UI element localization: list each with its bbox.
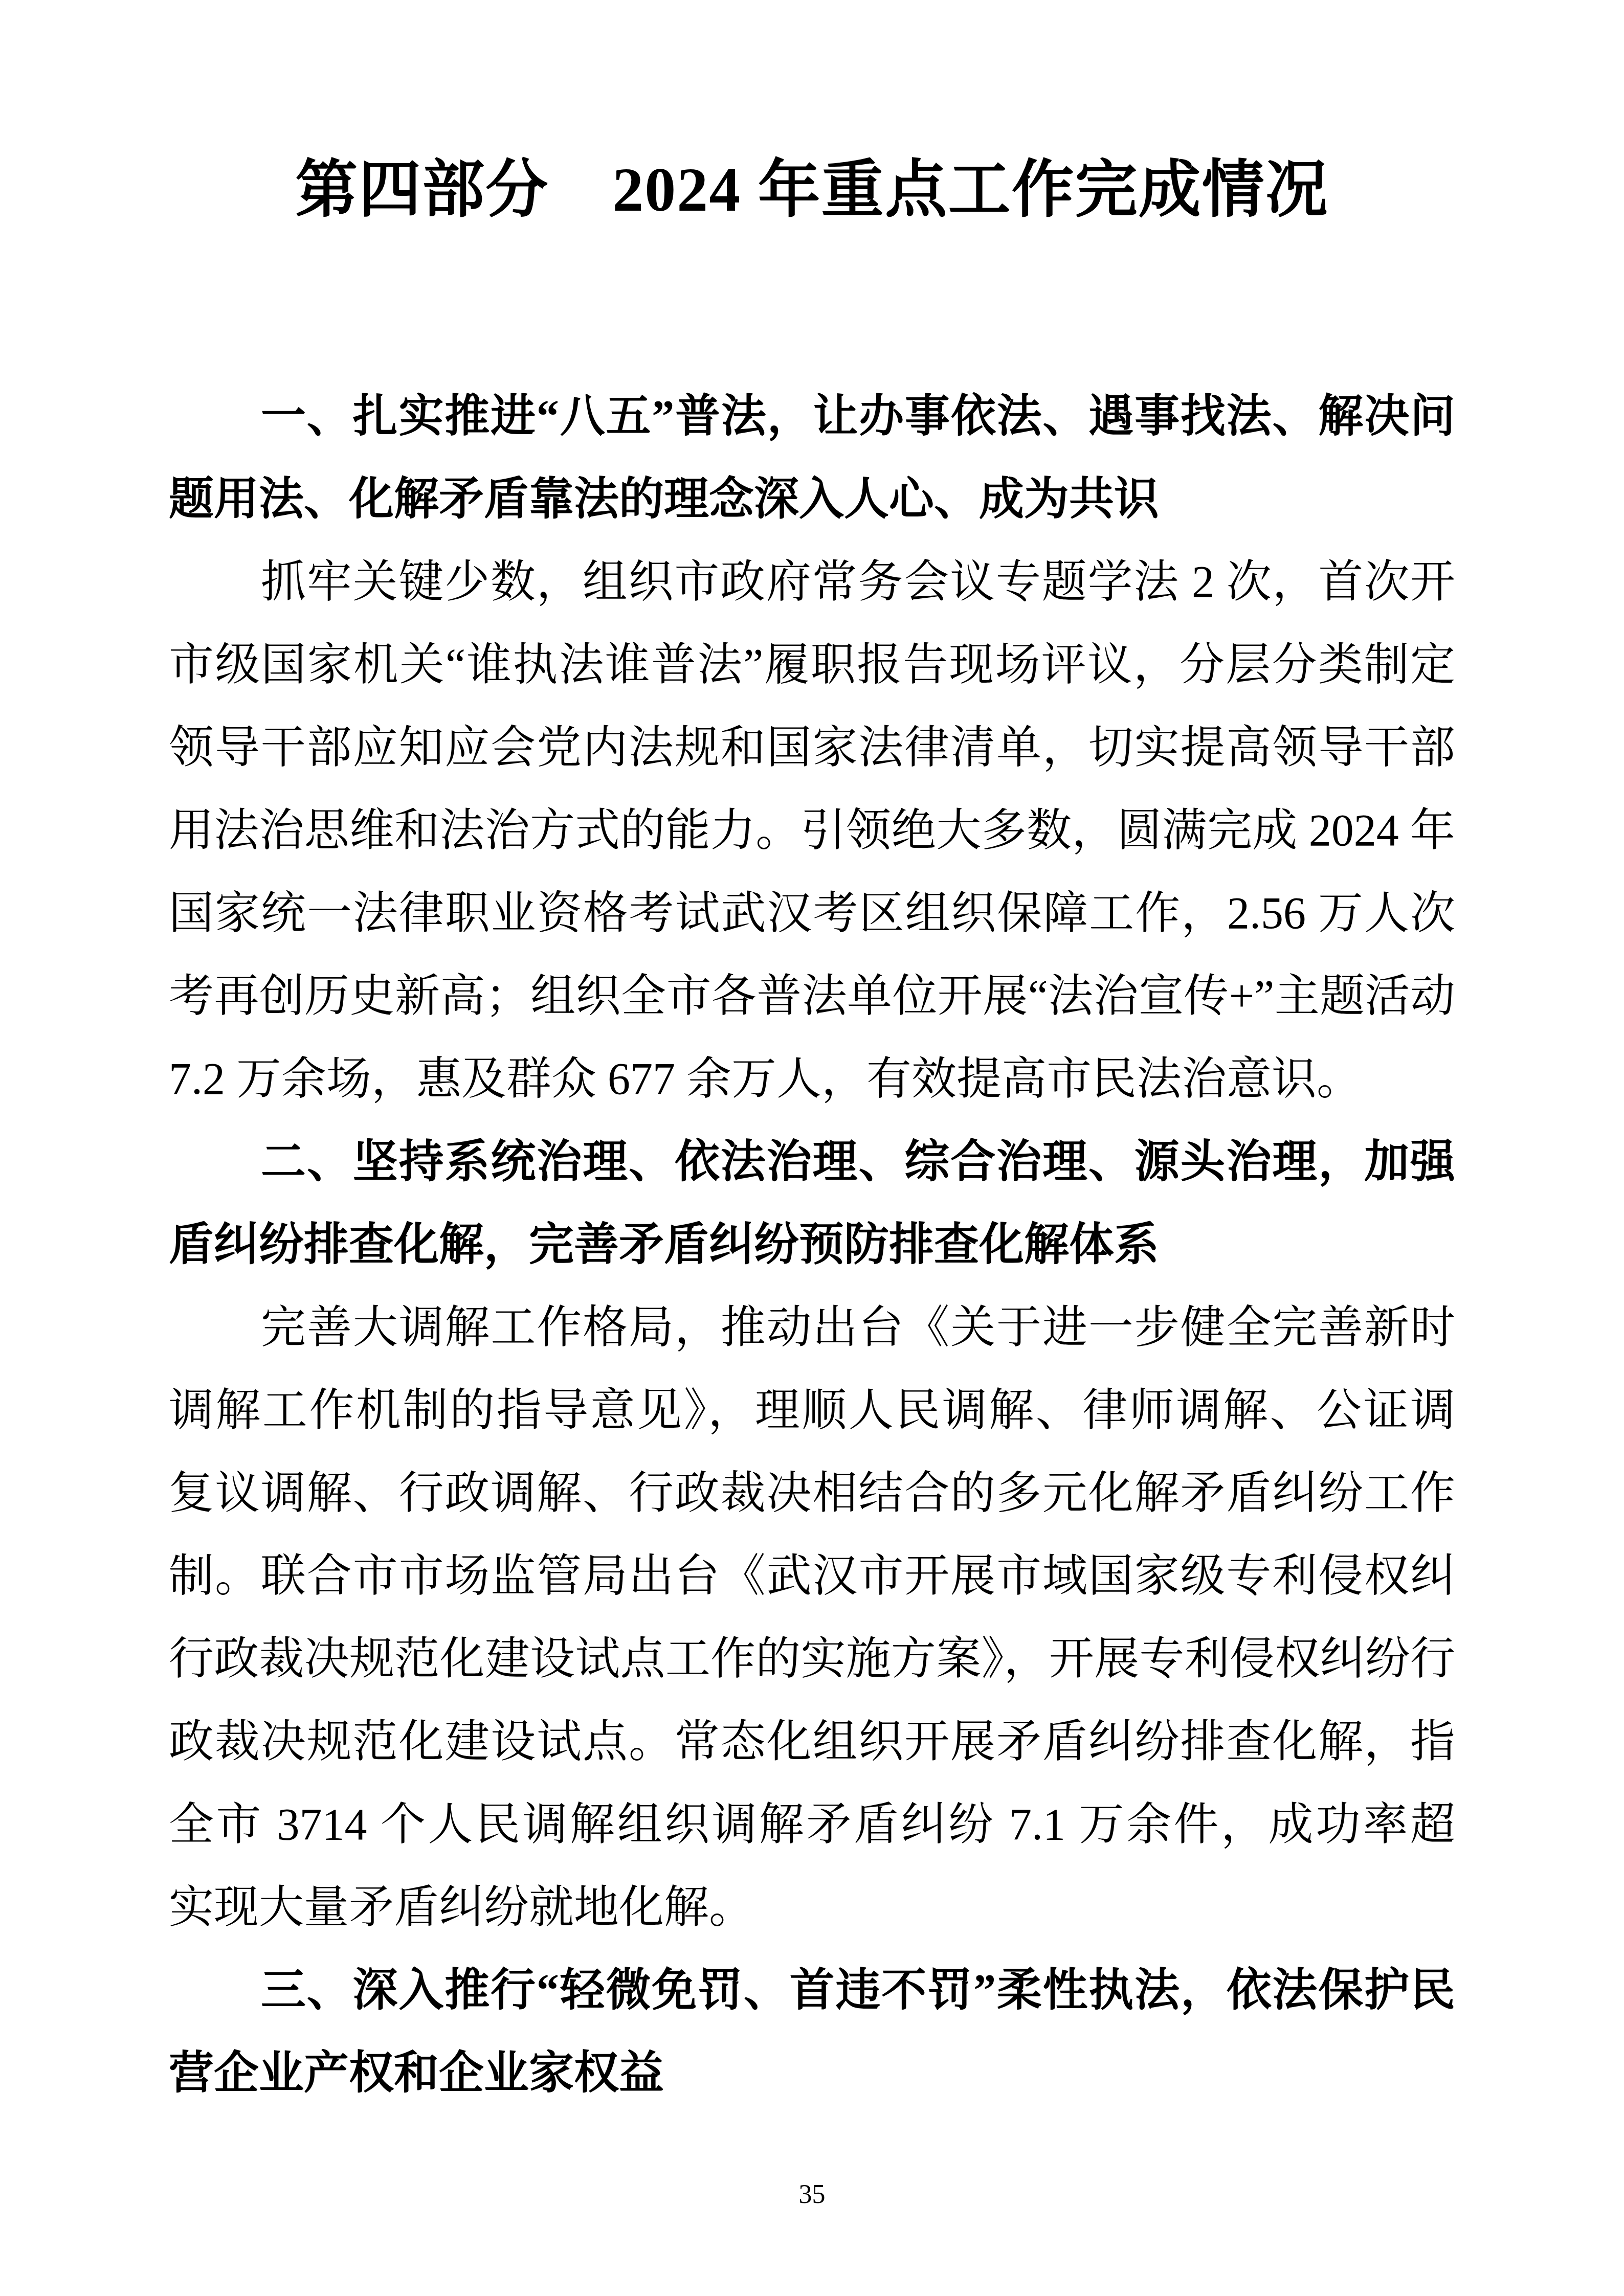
paragraph-line: 实现大量矛盾纠纷就地化解。: [169, 1866, 1455, 1949]
page-number: 35: [0, 2179, 1624, 2210]
page-title: 第四部分 2024 年重点工作完成情况: [0, 148, 1624, 233]
paragraph-line: 复议调解、行政调解、行政裁决相结合的多元化解矛盾纠纷工作机: [169, 1452, 1455, 1535]
paragraph-line: 考再创历史新高；组织全市各普法单位开展“法治宣传+”主题活动: [169, 955, 1455, 1038]
paragraph-line: 行政裁决规范化建设试点工作的实施方案》，开展专利侵权纠纷行: [169, 1618, 1455, 1701]
paragraph-line: 抓牢关键少数，组织市政府常务会议专题学法 2 次，首次开展: [169, 541, 1455, 624]
paragraph-line: 政裁决规范化建设试点。常态化组织开展矛盾纠纷排查化解，指导: [169, 1701, 1455, 1784]
heading-line: 盾纠纷排查化解，完善矛盾纠纷预防排查化解体系: [169, 1204, 1455, 1287]
paragraph-line: 用法治思维和法治方式的能力。引领绝大多数，圆满完成 2024 年度: [169, 790, 1455, 872]
paragraph-line: 完善大调解工作格局，推动出台《关于进一步健全完善新时代: [169, 1287, 1455, 1369]
heading-line: 题用法、化解矛盾靠法的理念深入人心、成为共识: [169, 458, 1455, 541]
paragraph-line: 调解工作机制的指导意见》，理顺人民调解、律师调解、公证调解、: [169, 1369, 1455, 1452]
document-page: 第四部分 2024 年重点工作完成情况 一、扎实推进“八五”普法，让办事依法、遇…: [0, 0, 1624, 2296]
heading-line: 二、坚持系统治理、依法治理、综合治理、源头治理，加强矛: [169, 1121, 1455, 1204]
paragraph-line: 国家统一法律职业资格考试武汉考区组织保障工作，2.56 万人次参: [169, 872, 1455, 955]
paragraph-line: 市级国家机关“谁执法谁普法”履职报告现场评议，分层分类制定: [169, 624, 1455, 707]
content: 一、扎实推进“八五”普法，让办事依法、遇事找法、解决问题用法、化解矛盾靠法的理念…: [169, 375, 1455, 2115]
paragraph-line: 制。联合市市场监管局出台《武汉市开展市域国家级专利侵权纠纷: [169, 1535, 1455, 1618]
paragraph-line: 全市 3714 个人民调解组织调解矛盾纠纷 7.1 万余件，成功率超 99%，: [169, 1784, 1455, 1866]
paragraph-line: 7.2 万余场，惠及群众 677 余万人，有效提高市民法治意识。: [169, 1038, 1455, 1121]
heading-line: 一、扎实推进“八五”普法，让办事依法、遇事找法、解决问: [169, 375, 1455, 458]
heading-line: 营企业产权和企业家权益: [169, 2032, 1455, 2115]
heading-line: 三、深入推行“轻微免罚、首违不罚”柔性执法，依法保护民: [169, 1949, 1455, 2032]
paragraph-line: 领导干部应知应会党内法规和国家法律清单，切实提高领导干部运: [169, 707, 1455, 790]
